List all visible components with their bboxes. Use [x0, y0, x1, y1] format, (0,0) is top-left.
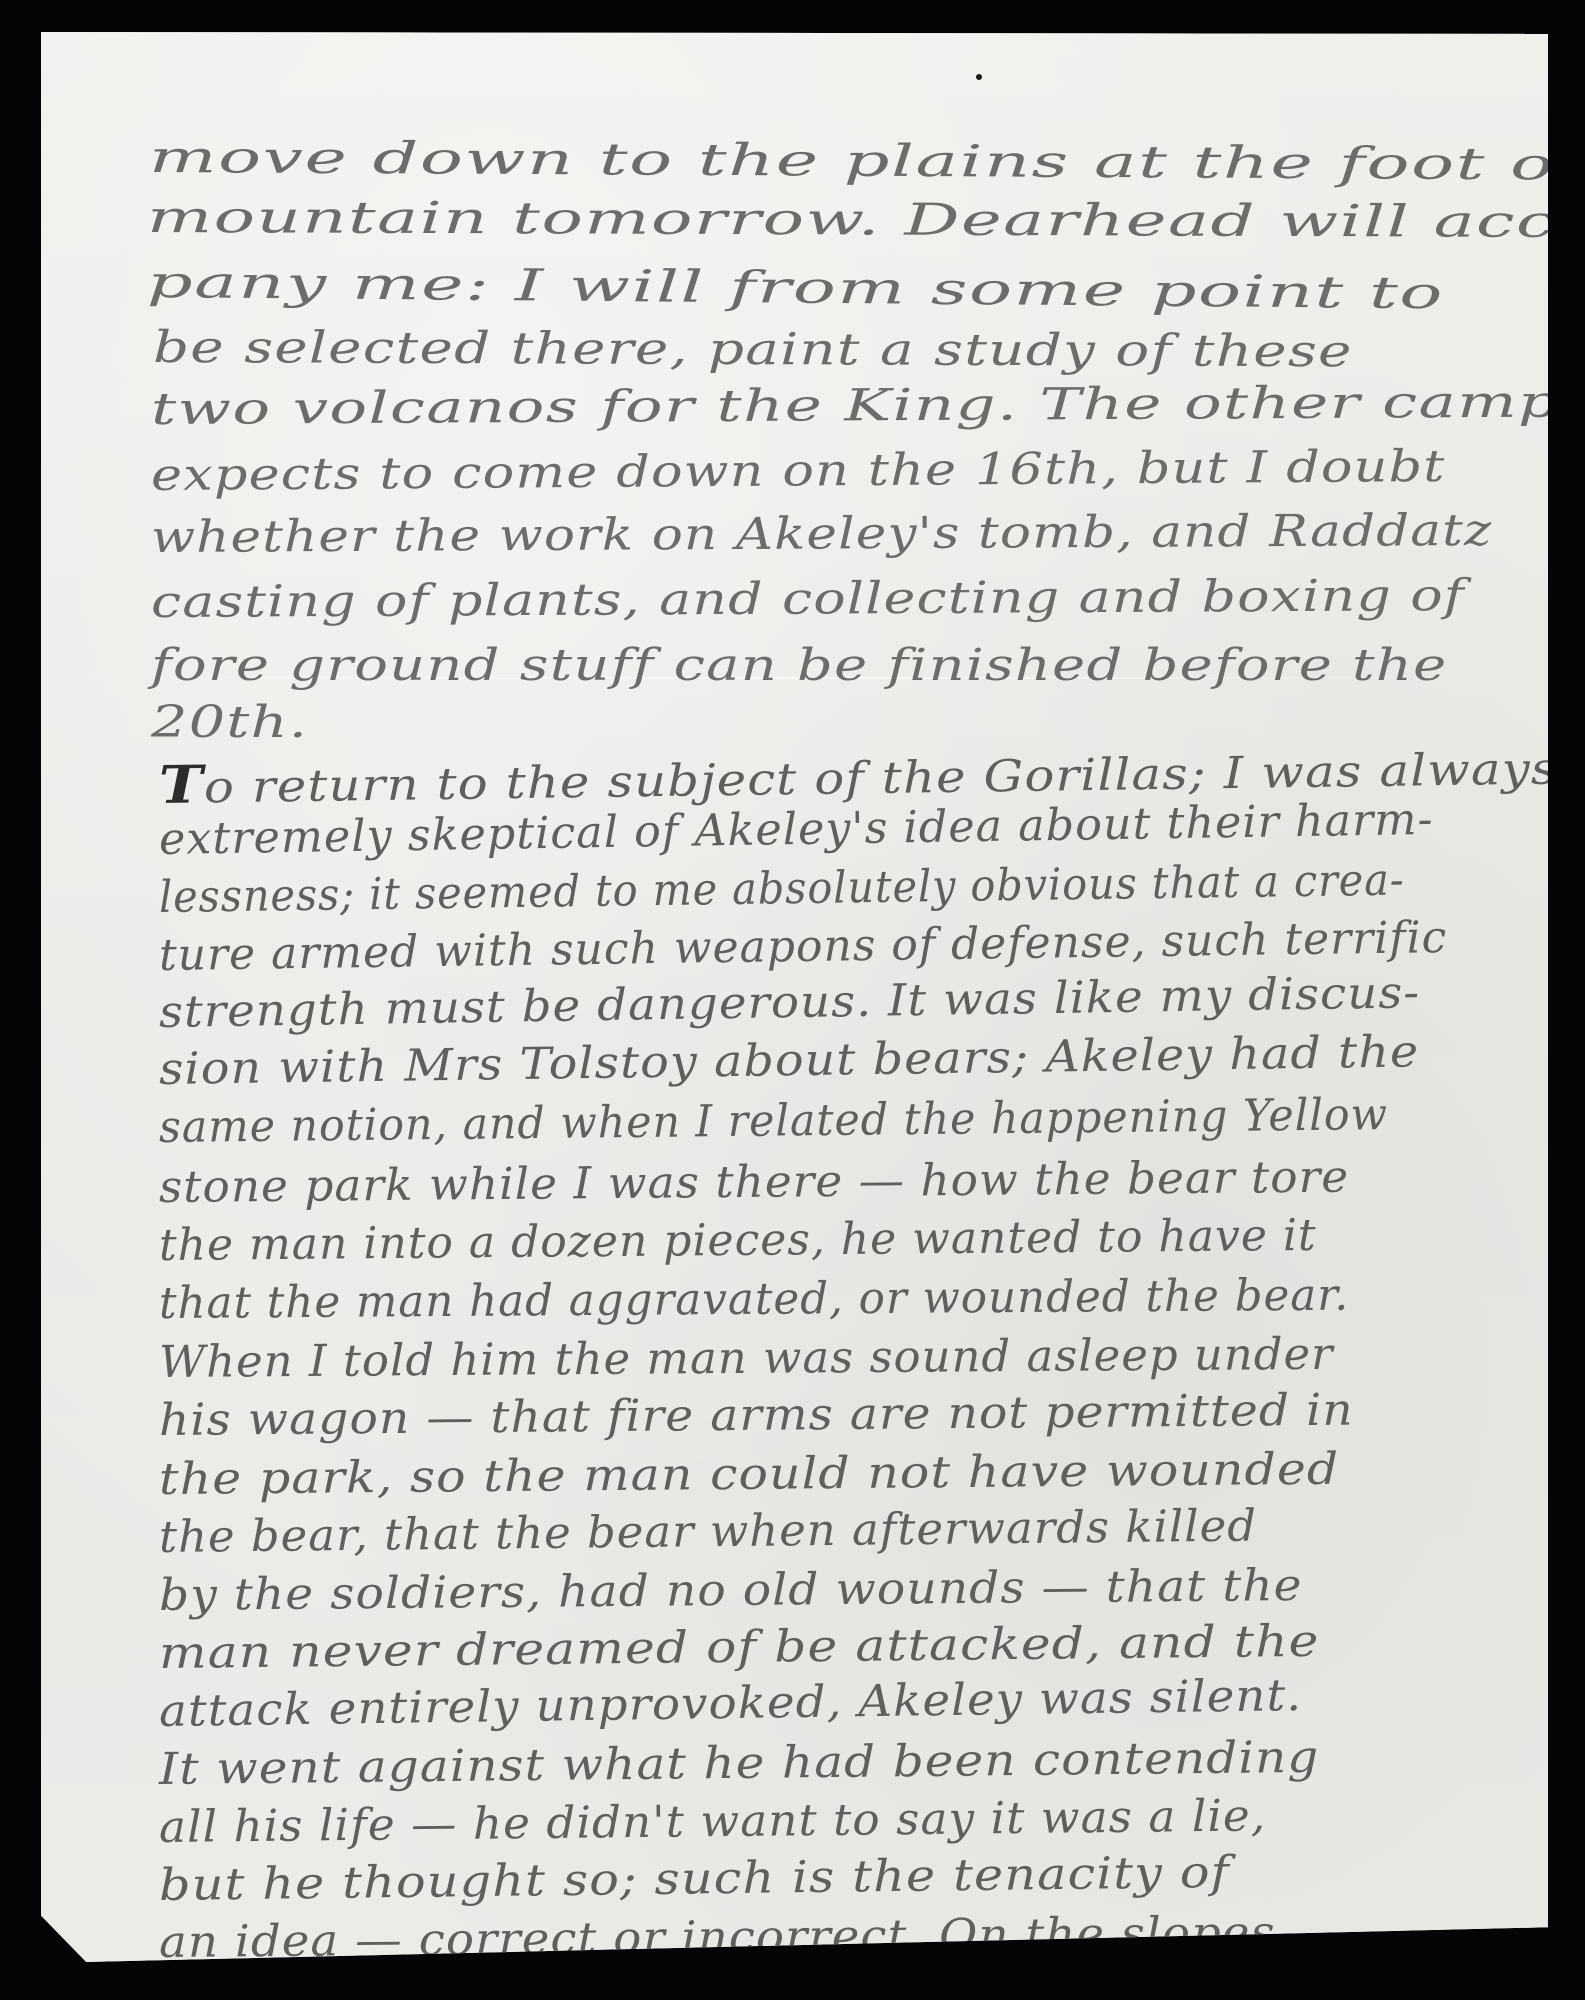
handwritten-line: fore ground stuff can be finished before…: [151, 640, 1448, 691]
handwritten-line: stone park while I was there — how the b…: [159, 1152, 1350, 1213]
handwritten-line: When I told him the man was sound asleep…: [159, 1329, 1334, 1388]
handwritten-line: sion with Mrs Tolstoy about bears; Akele…: [159, 1026, 1420, 1095]
handwritten-line: expects to come down on the 16th, but I …: [151, 441, 1446, 501]
handwritten-line: pany me: I will from some point to: [147, 257, 1444, 319]
handwritten-line: two volcanos for the King. The other cam…: [151, 377, 1560, 435]
handwritten-line: move down to the plains at the foot of t…: [149, 132, 1585, 191]
handwritten-line: that the man had aggravated, or wounded …: [159, 1270, 1349, 1329]
handwritten-line: the park, so the man could not have woun…: [159, 1444, 1340, 1505]
handwritten-line: by the soldiers, had no old wounds — tha…: [159, 1560, 1303, 1621]
handwritten-line: be selected there, paint a study of thes…: [153, 322, 1353, 377]
handwritten-line: whether the work on Akeley's tomb, and R…: [151, 505, 1493, 563]
handwritten-line: man never dreamed of be attacked, and th…: [159, 1616, 1320, 1679]
handwritten-line: It went against what he had been contend…: [159, 1732, 1320, 1795]
handwritten-line: same notion, and when I related the happ…: [159, 1089, 1389, 1153]
handwritten-line: 20th.: [151, 697, 308, 748]
handwritten-line: the bear, that the bear when afterwards …: [159, 1501, 1257, 1563]
handwritten-line: mountain tomorrow. Dearhead will accom-: [147, 192, 1585, 248]
handwritten-line: all his life — he didn't want to say it …: [159, 1790, 1267, 1853]
handwritten-line: but he thought so; such is the tenacity …: [159, 1847, 1231, 1911]
handwritten-line: lessness; it seemed to me absolutely obv…: [159, 855, 1405, 923]
paper-speck: [976, 74, 982, 80]
drop-letter: T: [159, 754, 205, 816]
handwritten-line: attack entirely unprovoked, Akeley was s…: [159, 1670, 1303, 1737]
handwritten-line: an idea — correct or incorrect. On the s…: [159, 1907, 1276, 1968]
handwritten-line: casting of plants, and collecting and bo…: [151, 570, 1465, 628]
handwritten-line: the man into a dozen pieces, he wanted t…: [159, 1210, 1317, 1271]
handwritten-line: his wagon — that fire arms are not permi…: [159, 1385, 1354, 1446]
letter-page: move down to the plains at the foot of t…: [41, 32, 1548, 1962]
